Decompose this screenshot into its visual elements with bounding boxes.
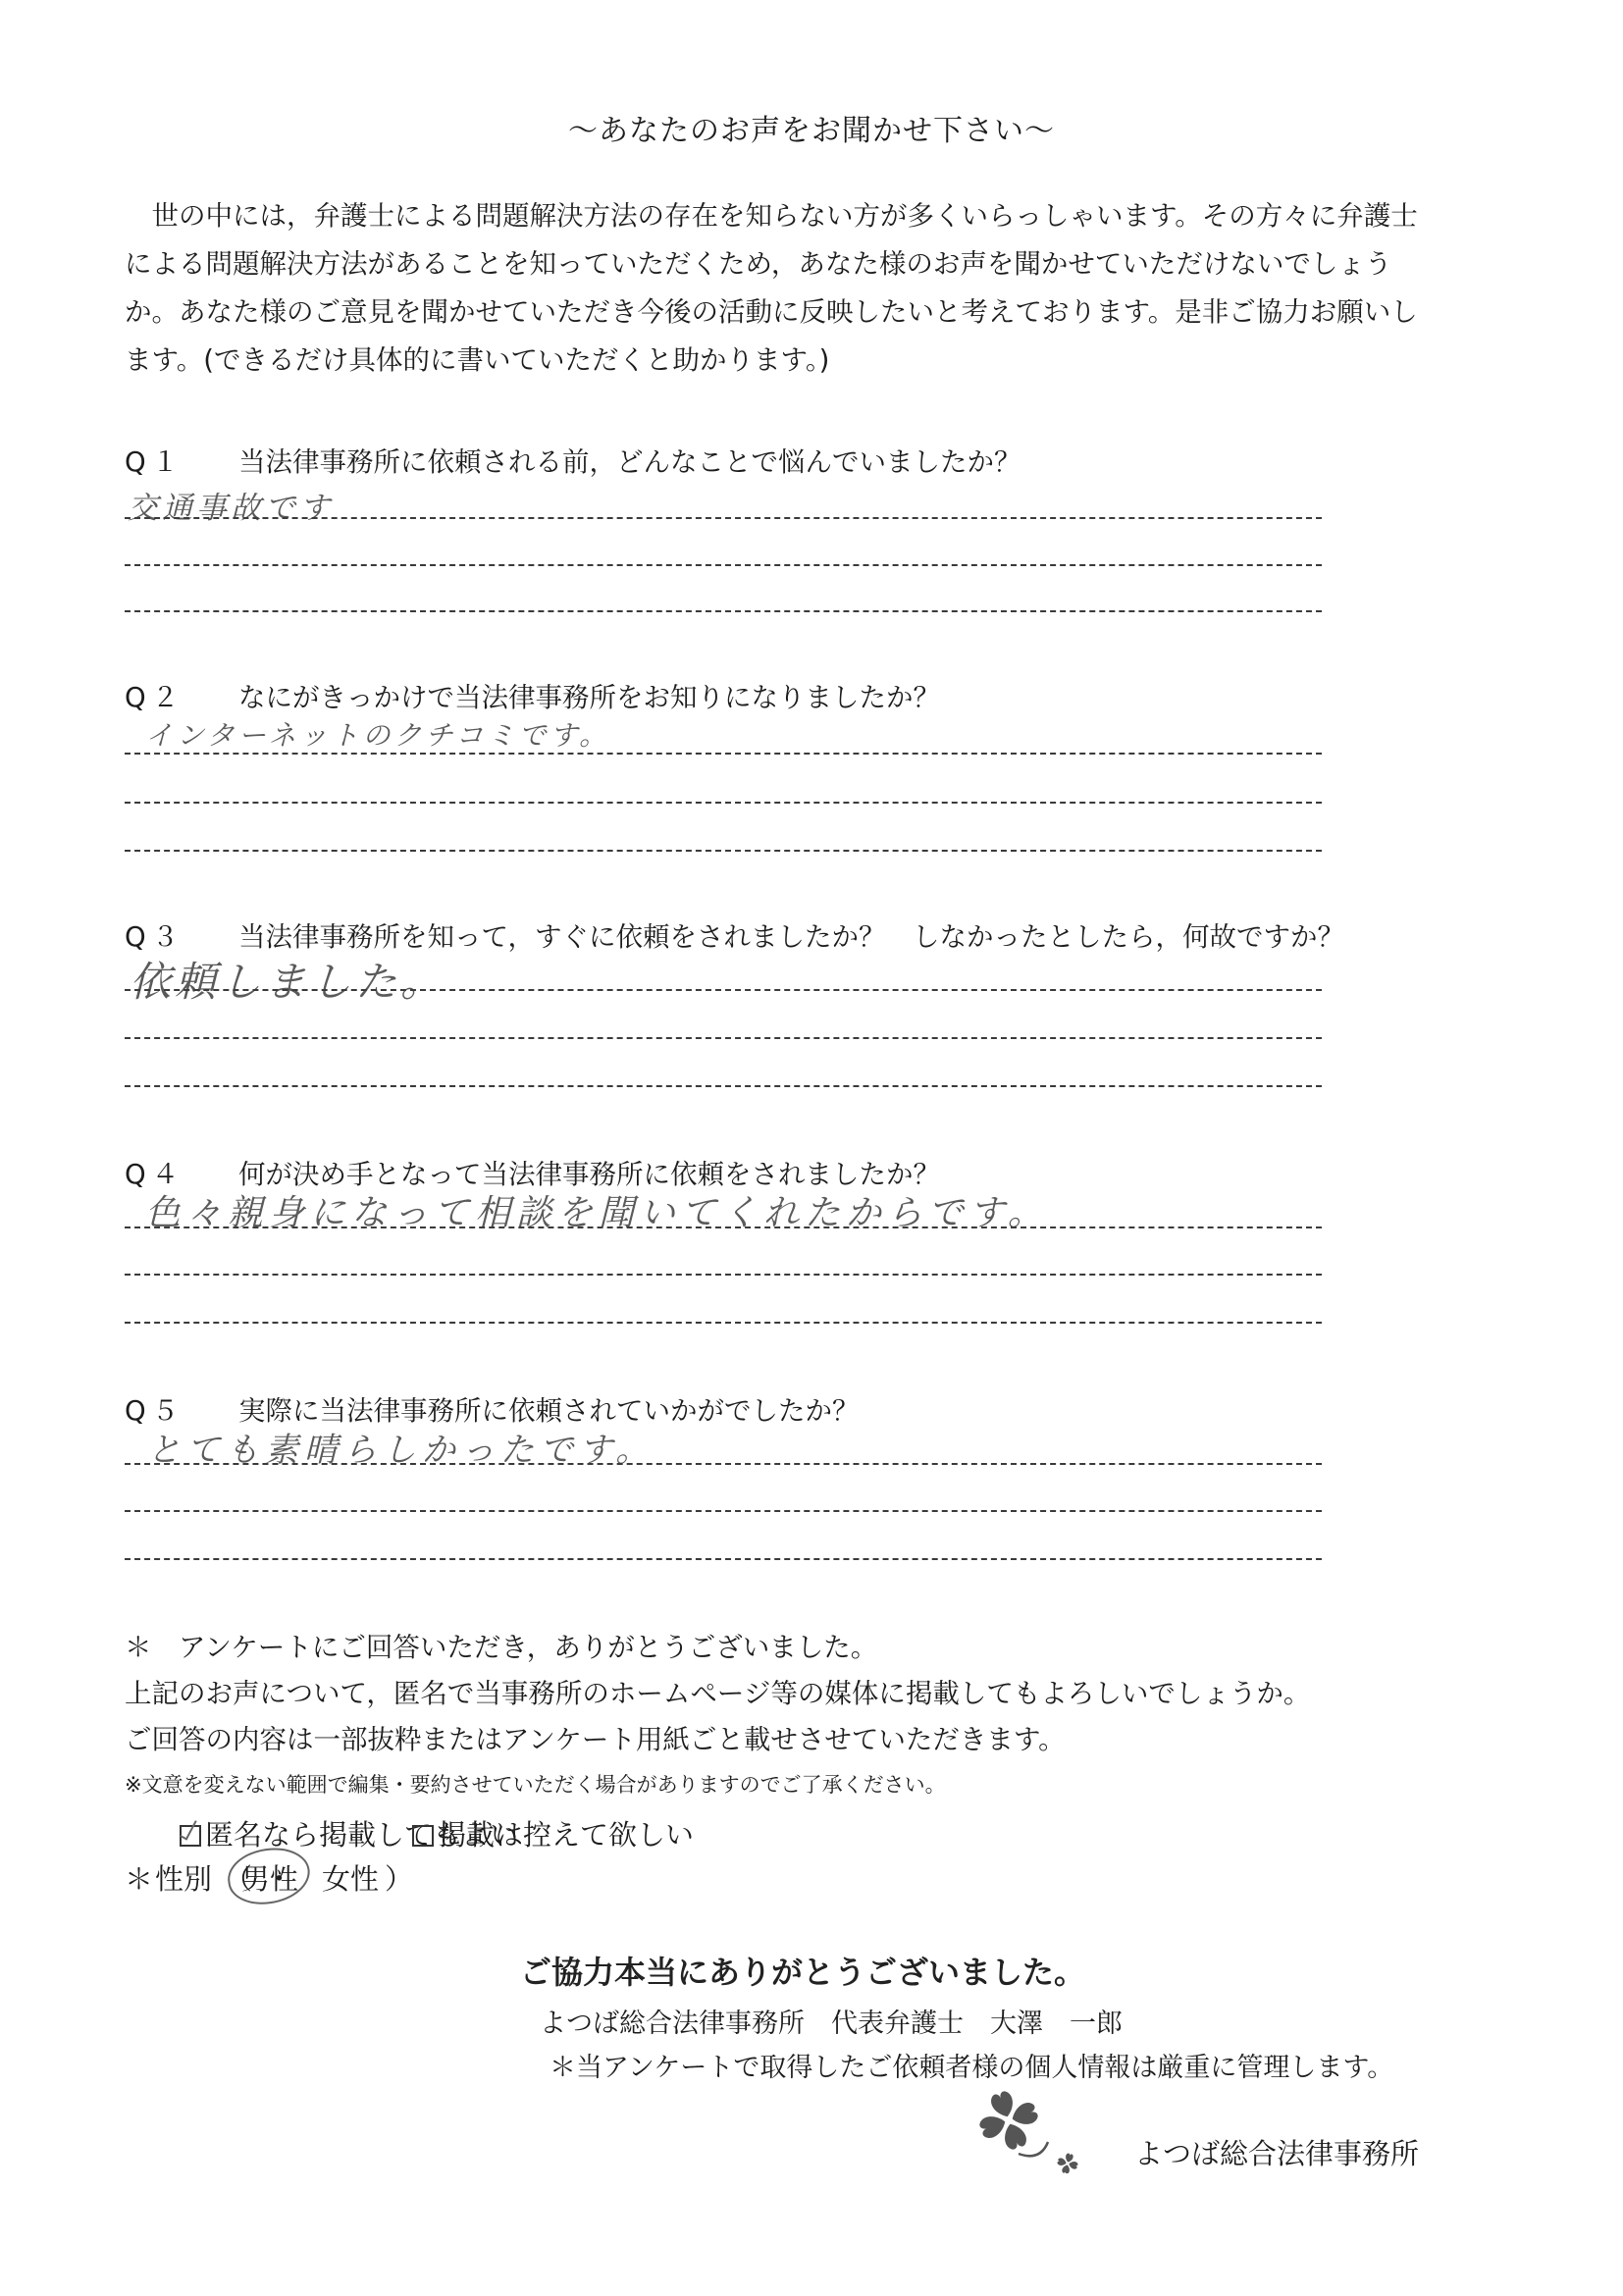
answer-3[interactable]: 依頼しました。: [130, 950, 445, 1009]
page-title: ～あなたのお声をお聞かせ下さい～: [0, 106, 1623, 149]
question-3: Q３当法律事務所を知って，すぐに依頼をされましたか？ しなかったとしたら，何故で…: [125, 914, 1344, 954]
answer-line: [125, 1463, 1322, 1465]
consent-decline-label: 掲載は控えて欲しい: [438, 1818, 694, 1852]
intro-line: 世の中には，弁護士による問題解決方法の存在を知らない方が多くいらっしゃいます。そ…: [125, 192, 1518, 240]
answer-line: [125, 989, 1322, 991]
answer-line: [125, 610, 1322, 612]
question-2: Q２なにがきっかけで当法律事務所をお知りになりましたか？: [125, 675, 940, 714]
answer-1[interactable]: 交通事故です: [128, 483, 334, 527]
gender-separator: ・: [265, 1857, 293, 1898]
four-leaf-clover-icon: [971, 2085, 1089, 2173]
answer-2[interactable]: インターネットのクチコミです。: [145, 714, 610, 754]
gender-female-option[interactable]: 女性: [322, 1857, 379, 1898]
publish-question: 上記のお声について，匿名で当事務所のホームページ等の媒体に掲載してもよろしいでし…: [125, 1671, 1310, 1710]
logo-mark: [971, 2085, 1089, 2173]
answer-line: [125, 1085, 1322, 1087]
checkbox-checked-icon[interactable]: [180, 1825, 201, 1847]
privacy-notice: ＊当アンケートで取得したご依頼者様の個人情報は厳重に管理します。: [550, 2046, 1393, 2084]
question-text: 当法律事務所を知って，すぐに依頼をされましたか？ しなかったとしたら，何故ですか…: [238, 921, 1344, 953]
question-number: Q２: [125, 675, 238, 714]
intro-paragraph: 世の中には，弁護士による問題解決方法の存在を知らない方が多くいらっしゃいます。そ…: [125, 192, 1518, 385]
answer-line: [125, 517, 1322, 519]
answer-line: [125, 1037, 1322, 1039]
answer-line: [125, 802, 1322, 804]
answer-line: [125, 564, 1322, 566]
answer-line: [125, 1558, 1322, 1560]
thanks-notice: ＊ アンケートにご回答いただき，ありがとうございました。: [125, 1625, 877, 1664]
checkbox-unchecked-icon[interactable]: [412, 1825, 434, 1847]
question-number: Q５: [125, 1388, 238, 1428]
edit-note: ※文意を変えない範囲で編集・要約させていただく場合がありますのでご了承ください。: [125, 1769, 946, 1799]
closing-thanks: ご協力本当にありがとうございました。: [520, 1948, 1085, 1993]
question-number: Q３: [125, 914, 238, 954]
logo-firm-name: よつば総合法律事務所: [1134, 2132, 1419, 2172]
intro-line: による問題解決方法があることを知っていただくため，あなた様のお声を聞かせていただ…: [125, 240, 1518, 288]
question-text: 当法律事務所に依頼される前，どんなことで悩んでいましたか？: [238, 446, 1021, 478]
intro-line: か。あなた様のご意見を聞かせていただき今後の活動に反映したいと考えております。是…: [125, 288, 1518, 337]
gender-asterisk: ＊: [125, 1862, 153, 1896]
signature: よつば総合法律事務所 代表弁護士 大澤 一郎: [540, 2002, 1123, 2040]
answer-line: [125, 753, 1322, 755]
publish-detail: ご回答の内容は一部抜粋またはアンケート用紙ごと載せさせていただきます。: [125, 1717, 1066, 1756]
question-number: Q１: [125, 440, 238, 479]
question-text: なにがきっかけで当法律事務所をお知りになりましたか？: [238, 682, 940, 713]
answer-line: [125, 1274, 1322, 1276]
gender-row: ＊: [125, 1857, 153, 1898]
answer-line: [125, 850, 1322, 852]
answer-line: [125, 1510, 1322, 1512]
gender-label: 性別: [155, 1857, 212, 1898]
answer-line: [125, 1226, 1322, 1228]
question-1: Q１当法律事務所に依頼される前，どんなことで悩んでいましたか？: [125, 440, 1021, 479]
intro-line: ます。(できるだけ具体的に書いていただくと助かります。): [125, 337, 1518, 385]
gender-close-paren: ）: [385, 1857, 413, 1898]
question-5: Q５実際に当法律事務所に依頼されていかがでしたか？: [125, 1388, 860, 1428]
answer-line: [125, 1322, 1322, 1324]
consent-decline-option[interactable]: 掲載は控えて欲しい: [412, 1813, 694, 1853]
